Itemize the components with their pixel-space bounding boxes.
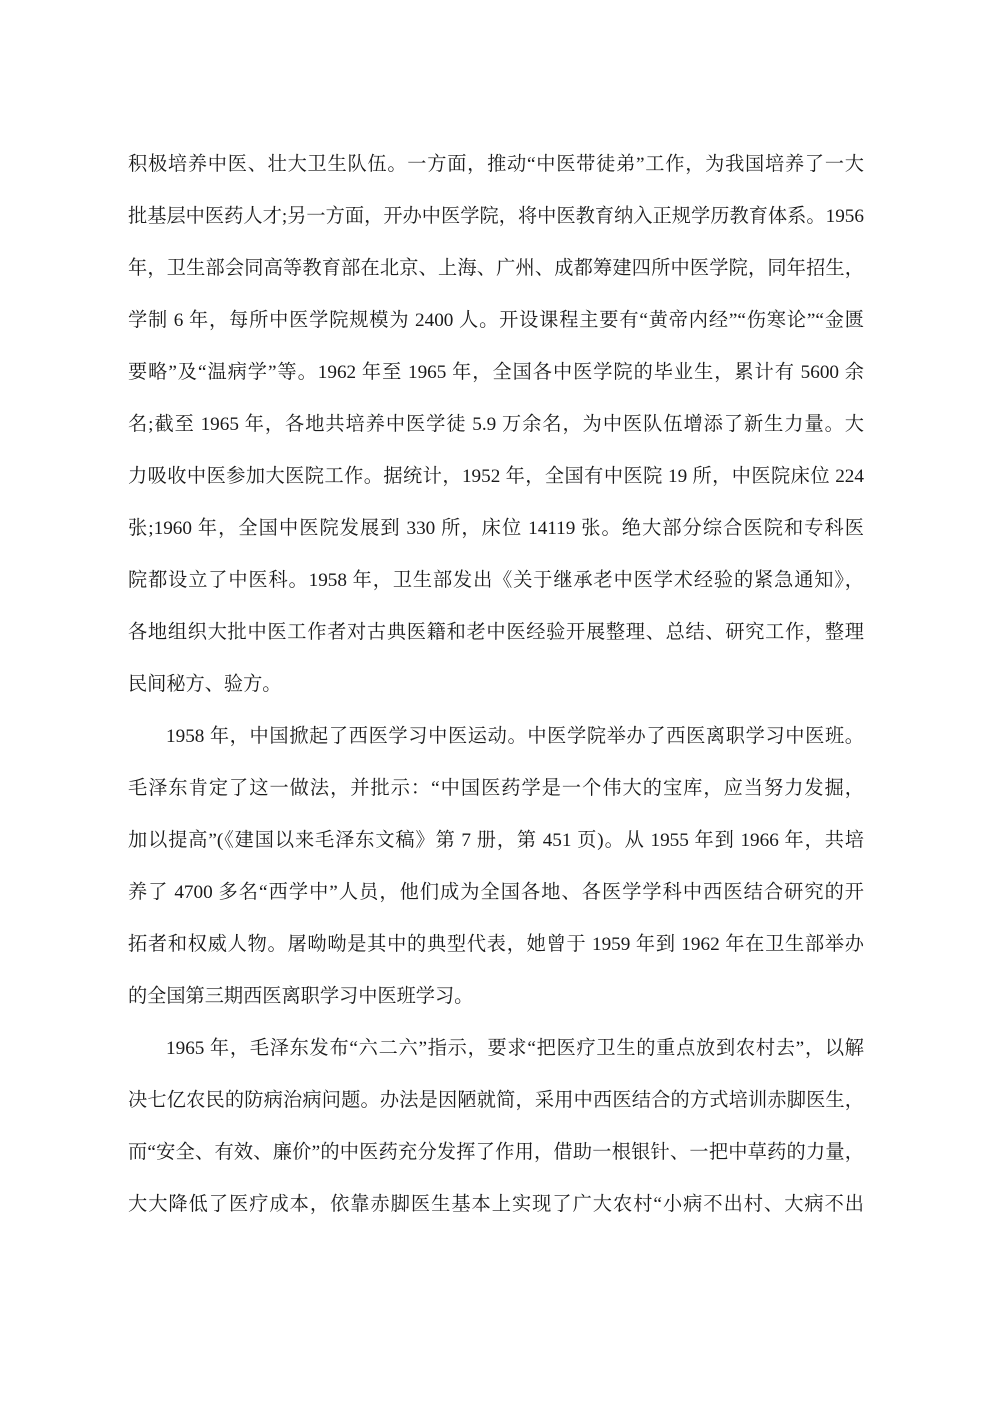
text-line: 大大降低了医疗成本，依靠赤脚医生基本上实现了广大农村“小病不出村、大病不出	[128, 1188, 864, 1240]
text-line: 年，卫生部会同高等教育部在北京、上海、广州、成都筹建四所中医学院，同年招生，	[128, 252, 864, 304]
text-line: 批基层中医药人才;另一方面，开办中医学院，将中医教育纳入正规学历教育体系。195…	[128, 200, 864, 252]
text-line: 积极培养中医、壮大卫生队伍。一方面，推动“中医带徒弟”工作，为我国培养了一大	[128, 148, 864, 200]
text-line: 毛泽东肯定了这一做法，并批示：“中国医药学是一个伟大的宝库，应当努力发掘，	[128, 772, 864, 824]
text-line: 要略”及“温病学”等。1962 年至 1965 年，全国各中医学院的毕业生，累计…	[128, 356, 864, 408]
text-line: 名;截至 1965 年，各地共培养中医学徒 5.9 万余名，为中医队伍增添了新生…	[128, 408, 864, 460]
text-line: 拓者和权威人物。屠呦呦是其中的典型代表，她曾于 1959 年到 1962 年在卫…	[128, 928, 864, 980]
text-line: 决七亿农民的防病治病问题。办法是因陋就简，采用中西医结合的方式培训赤脚医生，	[128, 1084, 864, 1136]
text-line: 张;1960 年，全国中医院发展到 330 所，床位 14119 张。绝大部分综…	[128, 512, 864, 564]
text-line: 加以提高”(《建国以来毛泽东文稿》第 7 册，第 451 页)。从 1955 年…	[128, 824, 864, 876]
document-page: 积极培养中医、壮大卫生队伍。一方面，推动“中医带徒弟”工作，为我国培养了一大 批…	[128, 148, 864, 1240]
text-line: 养了 4700 多名“西学中”人员，他们成为全国各地、各医学学科中西医结合研究的…	[128, 876, 864, 928]
text-line: 力吸收中医参加大医院工作。据统计，1952 年，全国有中医院 19 所，中医院床…	[128, 460, 864, 512]
text-line: 1958 年，中国掀起了西医学习中医运动。中医学院举办了西医离职学习中医班。	[128, 720, 864, 772]
text-line: 民间秘方、验方。	[128, 668, 864, 720]
text-line: 学制 6 年，每所中医学院规模为 2400 人。开设课程主要有“黄帝内经”“伤寒…	[128, 304, 864, 356]
paragraph-3: 1965 年，毛泽东发布“六二六”指示，要求“把医疗卫生的重点放到农村去”，以解…	[128, 1032, 864, 1240]
paragraph-2: 1958 年，中国掀起了西医学习中医运动。中医学院举办了西医离职学习中医班。 毛…	[128, 720, 864, 1032]
text-line: 院都设立了中医科。1958 年，卫生部发出《关于继承老中医学术经验的紧急通知》，	[128, 564, 864, 616]
text-line: 各地组织大批中医工作者对古典医籍和老中医经验开展整理、总结、研究工作，整理	[128, 616, 864, 668]
paragraph-1: 积极培养中医、壮大卫生队伍。一方面，推动“中医带徒弟”工作，为我国培养了一大 批…	[128, 148, 864, 720]
text-line: 的全国第三期西医离职学习中医班学习。	[128, 980, 864, 1032]
text-line: 而“安全、有效、廉价”的中医药充分发挥了作用，借助一根银针、一把中草药的力量，	[128, 1136, 864, 1188]
text-line: 1965 年，毛泽东发布“六二六”指示，要求“把医疗卫生的重点放到农村去”，以解	[128, 1032, 864, 1084]
